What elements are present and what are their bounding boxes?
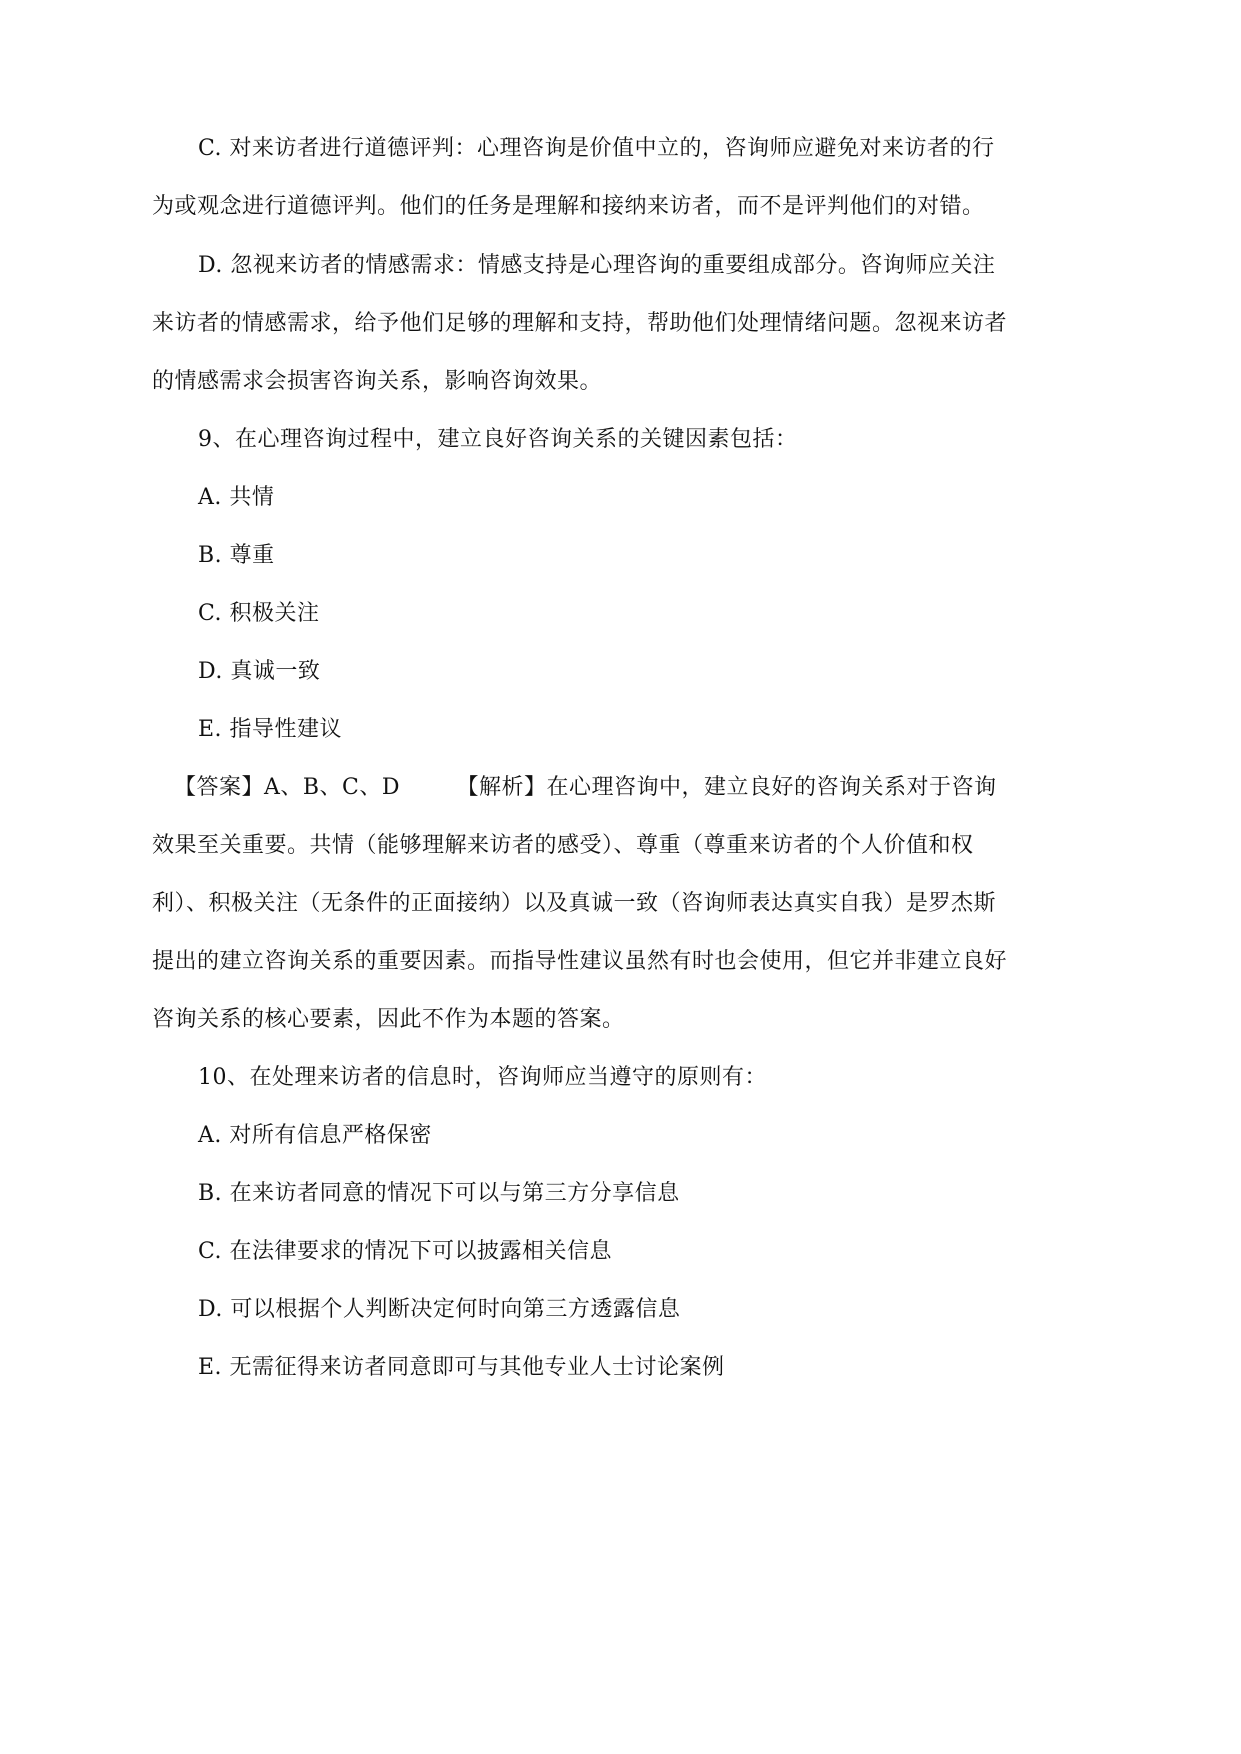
question-9-answer-line-2: 效果至关重要。共情（能够理解来访者的感受）、尊重（尊重来访者的个人价值和权 — [152, 831, 974, 861]
question-10-option-c: C. 在法律要求的情况下可以披露相关信息 — [198, 1237, 612, 1267]
q8-option-d-line-1: D. 忽视来访者的情感需求：情感支持是心理咨询的重要组成部分。咨询师应关注 — [198, 251, 995, 281]
q8-option-d-line-3: 的情感需求会损害咨询关系，影响咨询效果。 — [152, 367, 602, 397]
question-10-option-d: D. 可以根据个人判断决定何时向第三方透露信息 — [198, 1295, 680, 1325]
question-9-answer-line-1: 【答案】A、B、C、D 【解析】在心理咨询中，建立良好的咨询关系对于咨询 — [174, 773, 997, 803]
question-9-option-d: D. 真诚一致 — [198, 657, 320, 687]
question-10-stem: 10、在处理来访者的信息时，咨询师应当遵守的原则有： — [198, 1063, 767, 1093]
question-10-option-a: A. 对所有信息严格保密 — [198, 1121, 432, 1151]
question-9-stem: 9、在心理咨询过程中，建立良好咨询关系的关键因素包括： — [198, 425, 798, 455]
question-10-option-b: B. 在来访者同意的情况下可以与第三方分享信息 — [198, 1179, 680, 1209]
question-9-option-a: A. 共情 — [198, 483, 274, 513]
question-9-option-e: E. 指导性建议 — [198, 715, 342, 745]
question-10-option-e: E. 无需征得来访者同意即可与其他专业人士讨论案例 — [198, 1353, 725, 1383]
question-9-option-b: B. 尊重 — [198, 541, 275, 571]
question-9-answer-line-4: 提出的建立咨询关系的重要因素。而指导性建议虽然有时也会使用，但它并非建立良好 — [152, 947, 1007, 977]
q8-option-c-line-1: C. 对来访者进行道德评判：心理咨询是价值中立的，咨询师应避免对来访者的行 — [198, 134, 995, 164]
q8-option-c-line-2: 为或观念进行道德评判。他们的任务是理解和接纳来访者，而不是评判他们的对错。 — [152, 192, 985, 222]
question-9-answer-line-5: 咨询关系的核心要素，因此不作为本题的答案。 — [152, 1005, 625, 1035]
question-9-option-c: C. 积极关注 — [198, 599, 320, 629]
q8-option-d-line-2: 来访者的情感需求，给予他们足够的理解和支持，帮助他们处理情绪问题。忽视来访者 — [152, 309, 1007, 339]
question-9-answer-line-3: 利）、积极关注（无条件的正面接纳）以及真诚一致（咨询师表达真实自我）是罗杰斯 — [152, 889, 996, 919]
